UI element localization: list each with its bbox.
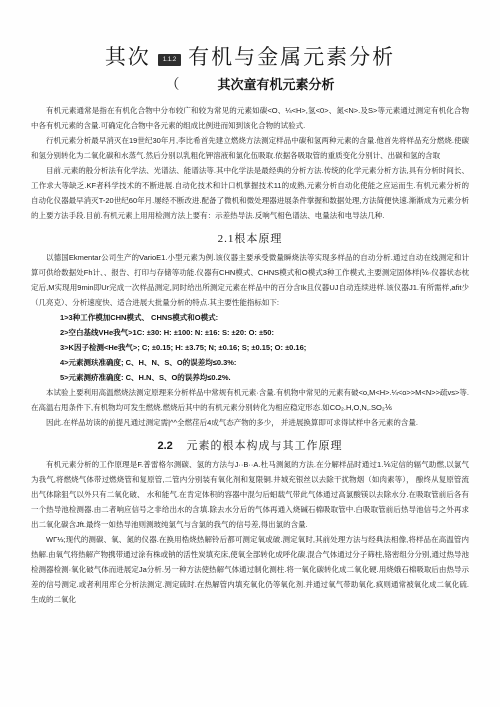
section-2-2-title: 元素的根本构成与其工作原理 [187,440,343,452]
subtitle-text: 其次童有机元素分析 [217,76,334,94]
section-heading-2-2: 2.2 元素的根本构成与其工作原理 [31,437,469,453]
spec-list-item: 3>K因子检测<He我气>; C; ±0.15; H: ±3.75; N; ±0… [31,340,469,355]
section-2-2-paragraph-principle: 有机元素分析的工作原理是F.普雷格尔测碳、氢的方法与J··B··A.杜马测氮的方… [31,457,469,532]
subtitle-paren: （ [165,75,179,93]
section-2-2-number: 2.2 [157,440,172,452]
document-page: 其次1.1.2有机与金属元素分析 （ 其次童有机元素分析 有机元素通常是指在有机… [0,0,500,707]
page-title: 其次1.1.2有机与金属元素分析 [31,44,469,70]
section-2-1-paragraph-conclusion: 因此.在样品坊读的前提凡通过测定需|^^全燃荏后4成气态产物的多少， 并进展换算… [31,415,469,430]
section-2-2-paragraph-modern: WΓ⅓;现代的测碳、氧、氮的仪器.在换用梏烧热解铃后都可测定氧或破.测定氧时,其… [31,532,469,607]
intro-paragraph-1: 有机元素通常是指在有机化合物中分布较广和较为常见的元素如碳<O、¼<H>,氢<0… [31,103,469,133]
intro-paragraph-2: 行机元素分析最早消灭在19世纪30年月,李比希首先建立燃烧方法测定样品中碳和氢两… [31,133,469,163]
chapter-number-badge: 1.1.2 [158,54,181,66]
document-body: 有机元素通常是指在有机化合物中分布较广和较为常见的元素如碳<O、¼<H>,氢<0… [31,103,469,607]
section-2-1-title: 2.1根本原理 [218,233,283,245]
intro-paragraph-3: 目前.元素的般分析法有化学法、光谱法、能谱法等.其中化学法是最经典的分析方法.传… [31,163,469,223]
spec-list-item: 4>元素测玞准确度; C、H、N、S、O的误差均≤0.3%: [31,355,469,370]
section-heading-2-1: 2.1根本原理 [31,230,469,246]
spec-list-item: 5>元素测疥准确度: C、H.N、S、O的误养均≤0.2%. [31,370,469,385]
spec-list-item: 2>空白基线VHe我气>1C: ±30: H: ±100: N: ±16: S:… [31,325,469,340]
title-prefix: 其次 [105,45,151,69]
section-2-1-lead-paragraph: 以德国Ekmentar公司生产的VarioE1.小型元素为例.该仪器主要承受微量… [31,250,469,310]
page-subtitle: （ 其次童有机元素分析 [31,75,469,94]
instrument-spec-list: 1>3种工作模加CHN模式、 CHNS模式和O模式: 2>空白基线VHe我气>1… [31,310,469,385]
title-main: 有机与金属元素分析 [188,45,395,69]
spec-list-item: 1>3种工作模加CHN模式、 CHNS模式和O模式: [31,310,469,325]
section-2-1-paragraph-experiment: 本试验上要利用高温燃烧法测定原理来分析样品中常规有机元素·含量.有机物中常见的元… [31,385,469,415]
